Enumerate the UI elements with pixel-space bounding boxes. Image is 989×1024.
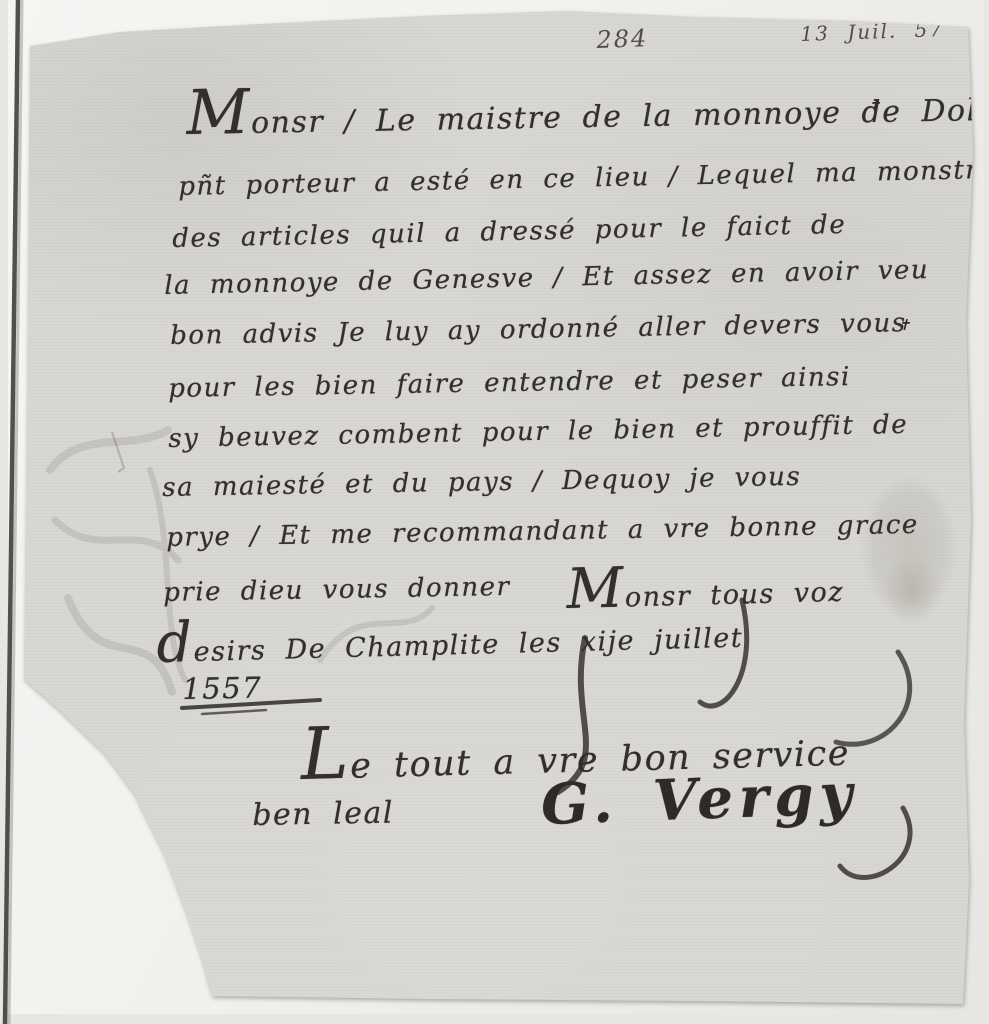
- cross-mark-2: ✝: [898, 316, 912, 334]
- line-6: pour les bien faire entendre et peser ai…: [168, 362, 851, 404]
- line-12-year: 1557: [182, 671, 262, 706]
- line-5: bon advis Je luy ay ordonné aller devers…: [170, 308, 907, 351]
- line-10-right: Monsr tous voz: [566, 563, 844, 615]
- closing-valediction: ben leal: [252, 796, 394, 833]
- cross-mark-1: ✝: [868, 96, 882, 114]
- line-4: la monnoye de Genesve / Et assez en avoi…: [164, 255, 929, 301]
- letter-paper: 284 13 Juil. 57 Monsr / Le maistre de la…: [0, 0, 989, 1024]
- manuscript-scan: 284 13 Juil. 57 Monsr / Le maistre de la…: [0, 0, 989, 1024]
- line-3: des articles quil a dressé pour le faict…: [172, 210, 846, 254]
- line-11-dateline: desirs De Champlite les xije juillet: [156, 609, 744, 669]
- signature: G. Vergy: [540, 761, 859, 838]
- line-10-left: prie dieu vous donner: [163, 572, 511, 608]
- line-9: prye / Et me recommandant a vre bonne gr…: [166, 510, 919, 553]
- stain-mark-inner: [872, 540, 952, 640]
- line-2: pñt porteur a esté en ce lieu / Lequel m…: [178, 155, 989, 202]
- paper-surface: 284 13 Juil. 57 Monsr / Le maistre de la…: [0, 0, 989, 1024]
- folio-number: 284: [596, 24, 649, 54]
- line-8: sa maiesté et du pays / Dequoy je vous: [162, 462, 801, 503]
- archival-date-note: 13 Juil. 57: [800, 17, 944, 46]
- line-7: sy beuvez combent pour le bien et prouff…: [168, 410, 908, 454]
